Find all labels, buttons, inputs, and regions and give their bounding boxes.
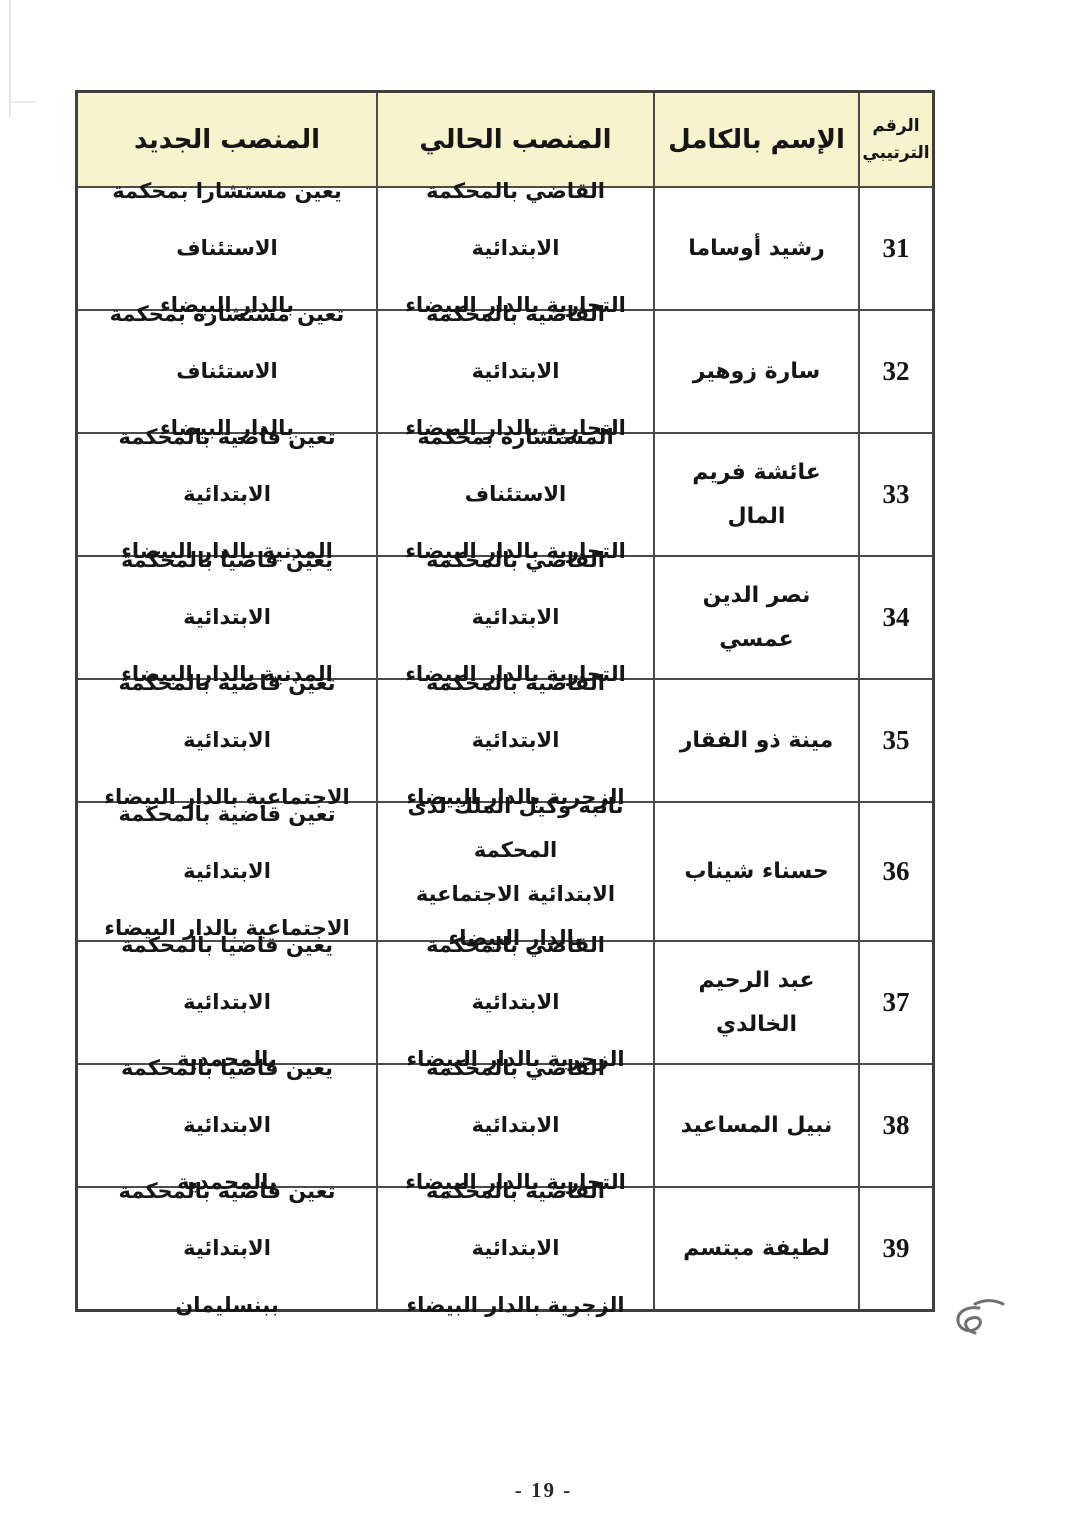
cell-full-name: نبيل المساعيد bbox=[655, 1065, 860, 1186]
header-full-name: الإسم بالكامل bbox=[655, 93, 860, 186]
handwritten-mark bbox=[933, 1286, 1023, 1352]
table-row: 39 لطيفة مبتسم القاضية بالمحكمة الابتدائ… bbox=[78, 1186, 932, 1309]
cell-sequence-number: 34 bbox=[860, 557, 932, 678]
header-sequence-number: الرقم الترتيبي bbox=[860, 93, 932, 186]
cell-sequence-number: 33 bbox=[860, 434, 932, 555]
cell-full-name: عائشة فريم المال bbox=[655, 434, 860, 555]
cell-new-position: تعين قاضية بالمحكمة الابتدائية ببنسليمان bbox=[78, 1188, 378, 1309]
cell-full-name: نصر الدين عمسي bbox=[655, 557, 860, 678]
appointments-table: الرقم الترتيبي الإسم بالكامل المنصب الحا… bbox=[75, 90, 935, 1312]
cell-current-position: القاضية بالمحكمة الابتدائية الزجرية بالد… bbox=[378, 1188, 655, 1309]
cell-sequence-number: 32 bbox=[860, 311, 932, 432]
cell-full-name: سارة زوهير bbox=[655, 311, 860, 432]
cell-sequence-number: 36 bbox=[860, 803, 932, 940]
cell-full-name: مينة ذو الفقار bbox=[655, 680, 860, 801]
cell-new-position: تعين قاضية بالمحكمة الابتدائية الاجتماعي… bbox=[78, 680, 378, 801]
cell-full-name: حسناء شيناب bbox=[655, 803, 860, 940]
cell-sequence-number: 37 bbox=[860, 942, 932, 1063]
cell-sequence-number: 31 bbox=[860, 188, 932, 309]
page-number: - 19 - bbox=[0, 1478, 1087, 1503]
cell-full-name: رشيد أوساما bbox=[655, 188, 860, 309]
cell-sequence-number: 35 bbox=[860, 680, 932, 801]
scan-artifact-line bbox=[10, 101, 36, 103]
cell-full-name: لطيفة مبتسم bbox=[655, 1188, 860, 1309]
cell-sequence-number: 38 bbox=[860, 1065, 932, 1186]
cell-full-name: عبد الرحيم الخالدي bbox=[655, 942, 860, 1063]
cell-sequence-number: 39 bbox=[860, 1188, 932, 1309]
document-page: { "document": { "page_number": "- 19 -" … bbox=[0, 0, 1087, 1536]
